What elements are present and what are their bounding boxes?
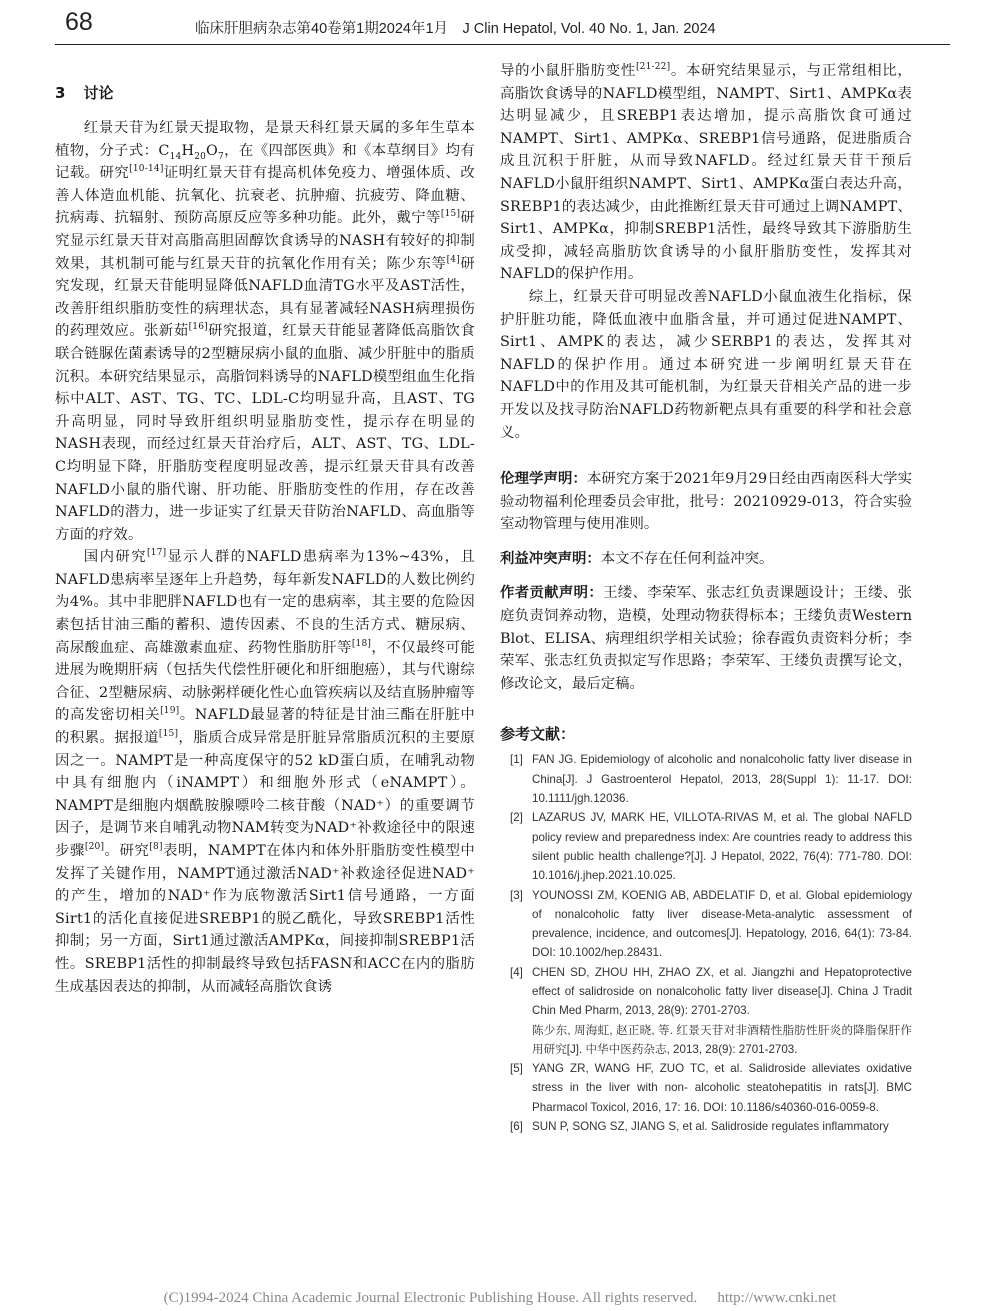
citation-marker: [21-22] <box>636 62 670 72</box>
citation-marker: [4] <box>447 255 460 265</box>
citation-marker: [16] <box>189 323 208 333</box>
section-heading: 3讨论 <box>55 82 475 103</box>
reference-item: [5]YANG ZR, WANG HF, ZUO TC, et al. Sali… <box>500 1059 912 1117</box>
reference-text: FAN JG. Epidemiology of alcoholic and no… <box>532 750 912 808</box>
citation-marker: [15] <box>441 210 460 220</box>
reference-number: [6] <box>500 1117 532 1136</box>
reference-item: [4]CHEN SD, ZHOU HH, ZHAO ZX, et al. Jia… <box>500 963 912 1059</box>
journal-citation: 临床肝胆病杂志第40卷第1期2024年1月 J Clin Hepatol, Vo… <box>195 17 716 38</box>
reference-item: [1]FAN JG. Epidemiology of alcoholic and… <box>500 750 912 808</box>
right-column: 导的小鼠肝脂肪变性[21-22]。本研究结果显示，与正常组相比，高脂饮食诱导的N… <box>500 60 912 1136</box>
reference-text-chinese: 陈少东, 周海虹, 赵正晓, 等. 红景天苷对非酒精性脂肪性肝炎的降脂保肝作用研… <box>532 1024 912 1056</box>
reference-number: [4] <box>500 963 532 1059</box>
conflict-statement: 利益冲突声明：本文不存在任何利益冲突。 <box>500 548 912 571</box>
subscript: 14 <box>170 151 182 161</box>
ethics-label: 伦理学声明： <box>500 471 587 487</box>
citation-marker: [15] <box>159 729 178 739</box>
conclusion-paragraph: 综上，红景天苷可明显改善NAFLD小鼠血液生化指标，保护肝脏功能，降低血液中血脂… <box>500 286 912 444</box>
subscript: 20 <box>194 151 206 161</box>
ethics-statement: 伦理学声明：本研究方案于2021年9月29日经由西南医科大学实验动物福利伦理委员… <box>500 468 912 536</box>
reference-item: [6]SUN P, SONG SZ, JIANG S, et al. Salid… <box>500 1117 912 1136</box>
contribution-statement: 作者贡献声明：王缕、李荣军、张志红负责课题设计；王缕、张庭负责饲养动物，造模，处… <box>500 582 912 695</box>
copyright-footer: (C)1994-2024 China Academic Journal Elec… <box>0 1290 1000 1307</box>
page-number: 68 <box>65 8 93 37</box>
reference-number: [2] <box>500 808 532 885</box>
reference-item: [2]LAZARUS JV, MARK HE, VILLOTA-RIVAS M,… <box>500 808 912 885</box>
running-header: 68 临床肝胆病杂志第40卷第1期2024年1月 J Clin Hepatol,… <box>55 0 950 45</box>
left-column: 3讨论 红景天苷为红景天提取物，是景天科红景天属的多年生草本植物，分子式：C14… <box>55 60 475 998</box>
discussion-paragraph: 导的小鼠肝脂肪变性[21-22]。本研究结果显示，与正常组相比，高脂饮食诱导的N… <box>500 60 912 286</box>
reference-text: SUN P, SONG SZ, JIANG S, et al. Salidros… <box>532 1117 912 1136</box>
contribution-label: 作者贡献声明： <box>500 585 603 601</box>
citation-marker: [8] <box>149 842 162 852</box>
reference-text: CHEN SD, ZHOU HH, ZHAO ZX, et al. Jiangz… <box>532 966 912 1018</box>
conflict-text: 本文不存在任何利益冲突。 <box>601 551 774 567</box>
citation-marker: [17] <box>147 548 166 558</box>
footer-url[interactable]: http://www.cnki.net <box>717 1290 836 1306</box>
reference-list: [1]FAN JG. Epidemiology of alcoholic and… <box>500 750 912 1136</box>
discussion-paragraph: 国内研究[17]显示人群的NAFLD患病率为13%~43%，且NAFLD患病率呈… <box>55 546 475 998</box>
reference-item: [3]YOUNOSSI ZM, KOENIG AB, ABDELATIF D, … <box>500 886 912 963</box>
citation-marker: [10-14] <box>129 164 163 174</box>
reference-text: YOUNOSSI ZM, KOENIG AB, ABDELATIF D, et … <box>532 886 912 963</box>
copyright-text: (C)1994-2024 China Academic Journal Elec… <box>164 1290 698 1306</box>
conflict-label: 利益冲突声明： <box>500 551 601 567</box>
section-title: 讨论 <box>83 84 113 102</box>
reference-text: LAZARUS JV, MARK HE, VILLOTA-RIVAS M, et… <box>532 808 912 885</box>
reference-text: YANG ZR, WANG HF, ZUO TC, et al. Salidro… <box>532 1059 912 1117</box>
discussion-paragraph: 红景天苷为红景天提取物，是景天科红景天属的多年生草本植物，分子式：C14H20O… <box>55 117 475 546</box>
citation-marker: [19] <box>160 707 179 717</box>
subscript: 7 <box>218 151 224 161</box>
citation-marker: [20] <box>85 842 104 852</box>
references-heading: 参考文献： <box>500 723 912 744</box>
reference-number: [5] <box>500 1059 532 1117</box>
citation-marker: [18] <box>352 639 371 649</box>
reference-number: [1] <box>500 750 532 808</box>
reference-number: [3] <box>500 886 532 963</box>
section-number: 3 <box>55 84 65 102</box>
